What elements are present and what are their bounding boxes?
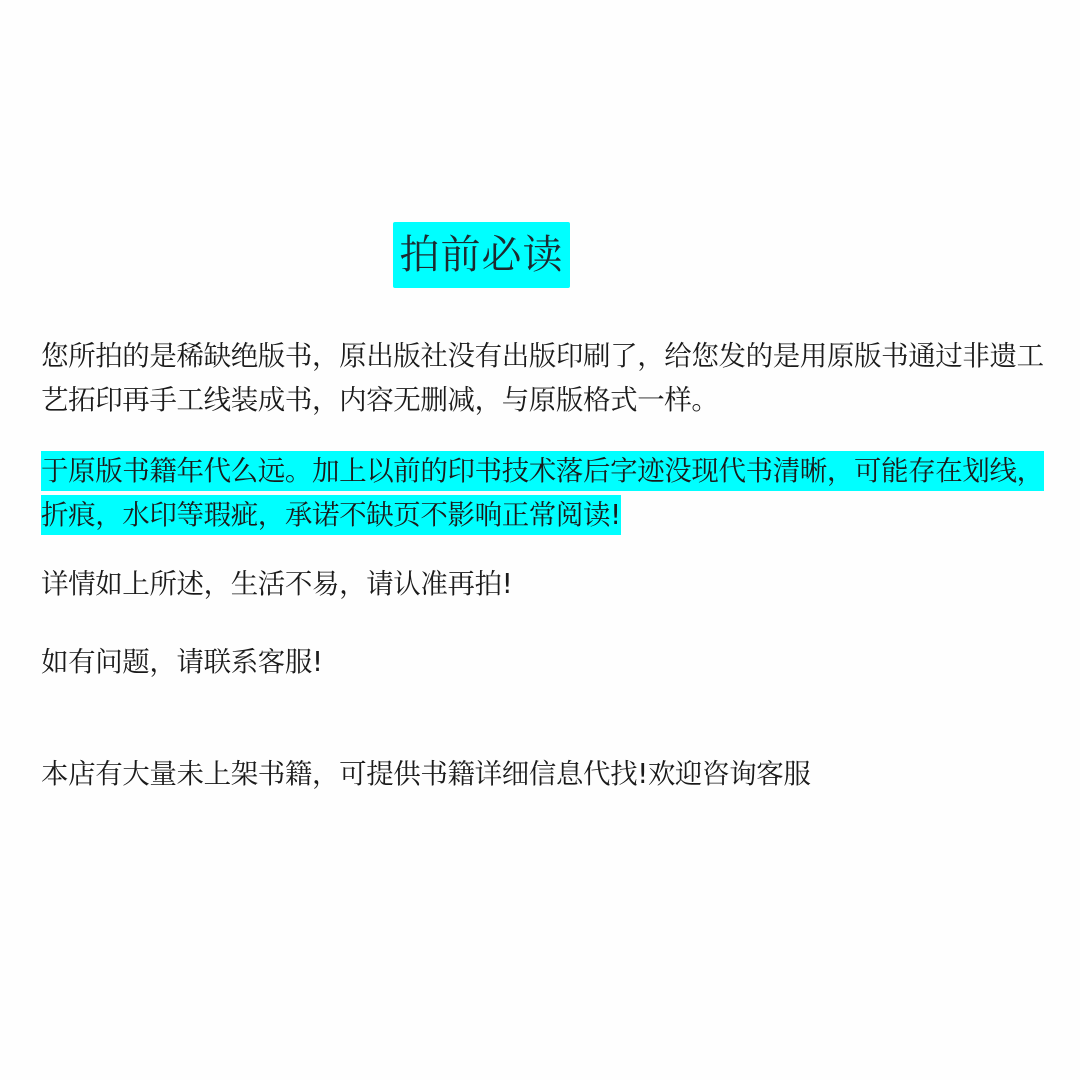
store-paragraph: 本店有大量未上架书籍，可提供书籍详细信息代找!欢迎咨询客服 [41,752,1061,796]
intro-paragraph: 您所拍的是稀缺绝版书，原出版社没有出版印刷了，给您发的是用原版书通过非遗工艺拓印… [41,334,1061,422]
notice-paragraph: 于原版书籍年代么远。加上以前的印书技术落后字迹没现代书清晰，可能存在划线，折痕，… [41,449,1061,537]
contact-paragraph: 如有问题，请联系客服! [41,640,1061,684]
highlighted-notice-text: 于原版书籍年代么远。加上以前的印书技术落后字迹没现代书清晰，可能存在划线，折痕，… [41,451,1044,535]
page-title: 拍前必读 [393,222,570,288]
confirm-paragraph: 详情如上所述，生活不易，请认准再拍! [41,562,1061,606]
